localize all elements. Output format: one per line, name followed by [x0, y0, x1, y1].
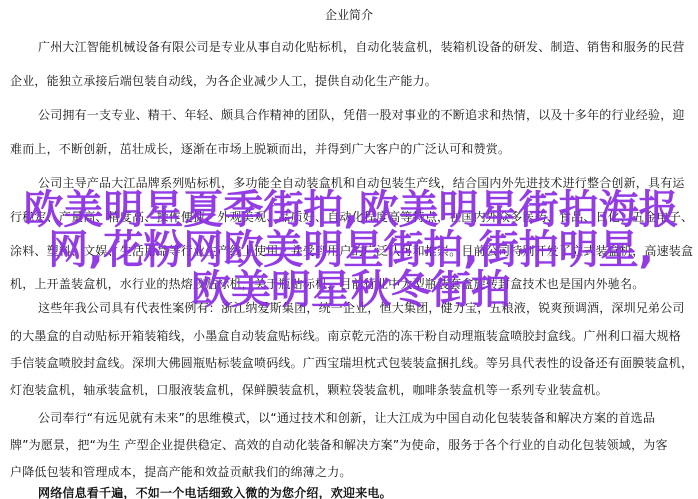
paragraph-line: 的大墨盒的自动贴标开箱装箱线，小墨盒自动装盒贴标线。南京乾元浩的冻干粉自动理瓶装…	[10, 329, 681, 343]
contact-callout: 网络信息看千遍，不如一个电话细致入微的为您介绍，欢迎来电。	[38, 486, 392, 499]
page-title: 企业简介	[0, 6, 698, 23]
paragraph-line: 企业，能独立承接后端包装自动线，为各企业减少人工，提供自动化生产能力。	[10, 74, 437, 88]
overlay-line: 欧美明星秋冬街拍	[6, 270, 696, 310]
paragraph-line: 牌”为愿景，把“为生 产型企业提供稳定、高效的自动化装备和解决方案”为使命，服务…	[10, 438, 668, 452]
paragraph-line: 广州大江智能机械设备有限公司是专业从事自动化贴标机，自动化装盒机，装箱机设备的研…	[38, 40, 685, 54]
paragraph-line: 户降低包装和管理成本，提高产能和效益贡献我们的绵薄之力。	[10, 465, 352, 479]
overlay-line: 欧美明星夏季街拍,欧美明星街拍海报	[6, 190, 696, 230]
paragraph-line: 手信装盒喷胶封盒线。深圳大佛圆瓶贴标装盒喷码线。广西宝瑞坦枕式包装装盒捆扎线。等…	[10, 356, 693, 370]
watermark-overlay-title: 欧美明星夏季街拍,欧美明星街拍海报 网,花粉网欧美明星街拍,街拍明星, 欧美明星…	[6, 190, 696, 310]
paragraph-line: 难而上，不断创新，茁壮成长，逐渐在市场上脱颖而出，并得到广大客户的广泛认可和赞赏…	[10, 142, 510, 156]
paragraph-line: 公司拥有一支专业、精干、年轻、颇具合作精神的团队，凭借一股对事业的不断追求和热情…	[38, 108, 685, 122]
overlay-line: 网,花粉网欧美明星街拍,街拍明星,	[6, 230, 696, 270]
paragraph-line: 灯泡装盒机，轴承装盒机，口服液装盒机，保鲜膜装盒机，颗粒袋装盒机，咖啡条装盒机等…	[10, 383, 608, 397]
paragraph-line: 公司奉行“有远见就有未来”的思维模式，以“通过技术和创新，让大江成为中国自动化包…	[38, 411, 655, 425]
